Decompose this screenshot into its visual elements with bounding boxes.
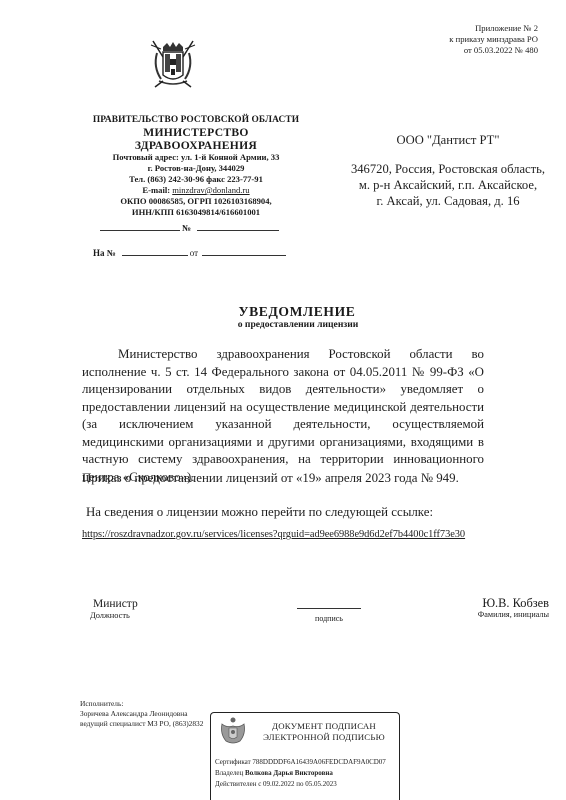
document-title: УВЕДОМЛЕНИЕ о предоставлении лицензии xyxy=(0,304,566,331)
phone-fax: Тел. (863) 242-30-96 факс 223-77-91 xyxy=(72,174,320,185)
email-link[interactable]: minzdrav@donland.ru xyxy=(172,185,249,195)
validity-row: Действителен с 09.02.2022 по 05.05.2023 xyxy=(215,779,386,790)
reply-date-blank xyxy=(202,254,286,256)
recipient-address-line1: 346720, Россия, Ростовская область, xyxy=(332,161,564,177)
title-subtitle: о предоставлении лицензии xyxy=(0,319,566,331)
email-label: E-mail: xyxy=(142,185,172,195)
city: г. Ростов-на-Дону, 344029 xyxy=(72,163,320,174)
body-paragraph: Министерство здравоохранения Ростовской … xyxy=(82,346,484,486)
owner-label: Владелец xyxy=(215,769,245,777)
outgoing-number-blank xyxy=(197,229,279,231)
certificate-row: Сертификат 788DDDDF6A16439A06FEDCDAF9A0C… xyxy=(215,757,386,768)
stamp-heading-line2: ЭЛЕКТРОННОЙ ПОДПИСЬЮ xyxy=(251,732,397,743)
stamp-details: Сертификат 788DDDDF6A16439A06FEDCDAF9A0C… xyxy=(215,757,386,790)
recipient-organization: ООО "Дантист РТ" xyxy=(332,132,564,148)
recipient-block: ООО "Дантист РТ" 346720, Россия, Ростовс… xyxy=(332,132,564,209)
title-main: УВЕДОМЛЕНИЕ xyxy=(0,304,566,319)
executor-position-phone: ведущий специалист МЗ РО, (863)2832 xyxy=(80,719,203,729)
stamp-heading: ДОКУМЕНТ ПОДПИСАН ЭЛЕКТРОННОЙ ПОДПИСЬЮ xyxy=(251,721,397,743)
name-label: Фамилия, инициалы xyxy=(455,610,549,620)
reply-to-line: На № от xyxy=(93,248,288,258)
annex-header: Приложение № 2 к приказу минздрава РО от… xyxy=(338,23,538,56)
email-row: E-mail: minzdrav@donland.ru xyxy=(72,185,320,196)
annex-order-date: от 05.03.2022 № 480 xyxy=(338,45,538,56)
owner-row: Владелец Волкова Дарья Викторовна xyxy=(215,768,386,779)
ministry-name-line1: МИНИСТЕРСТВО xyxy=(72,126,320,139)
owner-value: Волкова Дарья Викторовна xyxy=(245,769,333,777)
notification-body: Министерство здравоохранения Ростовской … xyxy=(82,346,484,486)
reply-number-blank xyxy=(122,254,188,256)
e-signature-stamp: ДОКУМЕНТ ПОДПИСАН ЭЛЕКТРОННОЙ ПОДПИСЬЮ С… xyxy=(210,712,400,800)
signature-label: подпись xyxy=(297,614,361,623)
position-value: Министр xyxy=(93,598,138,611)
executor-label: Исполнитель: xyxy=(80,699,203,709)
annex-order: к приказу минздрава РО xyxy=(338,34,538,45)
ministry-name-line2: ЗДРАВООХРАНЕНИЯ xyxy=(72,139,320,152)
postal-address: Почтовый адрес: ул. 1-й Конной Армии, 33 xyxy=(72,152,320,163)
license-link[interactable]: https://roszdravnadzor.gov.ru/services/l… xyxy=(82,529,465,540)
inn-kpp: ИНН/КПП 6163049814/616601001 xyxy=(72,207,320,218)
outgoing-date-blank xyxy=(100,229,180,231)
signature-line xyxy=(297,608,361,609)
sender-block: ПРАВИТЕЛЬСТВО РОСТОВСКОЙ ОБЛАСТИ МИНИСТЕ… xyxy=(72,115,320,218)
order-reference: Приказ о предоставлении лицензий от «19»… xyxy=(82,471,459,486)
reply-to-label: На № xyxy=(93,248,116,258)
signer-position: Министр Должность xyxy=(93,598,138,621)
recipient-address-line2: м. р-н Аксайский, г.п. Аксайское, xyxy=(332,177,564,193)
rostov-region-coat-of-arms-icon xyxy=(149,37,197,95)
executor-name: Зоричева Александра Леонидовна xyxy=(80,709,203,719)
position-label: Должность xyxy=(90,611,138,621)
certificate-label: Сертификат xyxy=(215,758,252,766)
name-value: Ю.В. Кобзев xyxy=(455,596,549,610)
government-name: ПРАВИТЕЛЬСТВО РОСТОВСКОЙ ОБЛАСТИ xyxy=(72,115,320,126)
signer-name: Ю.В. Кобзев Фамилия, инициалы xyxy=(455,596,549,620)
executor-block: Исполнитель: Зоричева Александра Леонидо… xyxy=(80,699,203,729)
annex-number: Приложение № 2 xyxy=(338,23,538,34)
okpo-ogrn: ОКПО 00086585, ОГРП 1026103168904, xyxy=(72,196,320,207)
outgoing-number-line: № xyxy=(98,223,281,233)
number-sign: № xyxy=(182,223,191,233)
recipient-address-line3: г. Аксай, ул. Садовая, д. 16 xyxy=(332,193,564,209)
certificate-value: 788DDDDF6A16439A06FEDCDAF9A0CD07 xyxy=(252,758,385,766)
russian-coat-of-arms-icon xyxy=(219,716,247,746)
from-label: от xyxy=(190,248,198,258)
link-intro: На сведения о лицензии можно перейти по … xyxy=(86,505,433,520)
stamp-heading-line1: ДОКУМЕНТ ПОДПИСАН xyxy=(251,721,397,732)
signature-field: подпись xyxy=(297,608,361,623)
